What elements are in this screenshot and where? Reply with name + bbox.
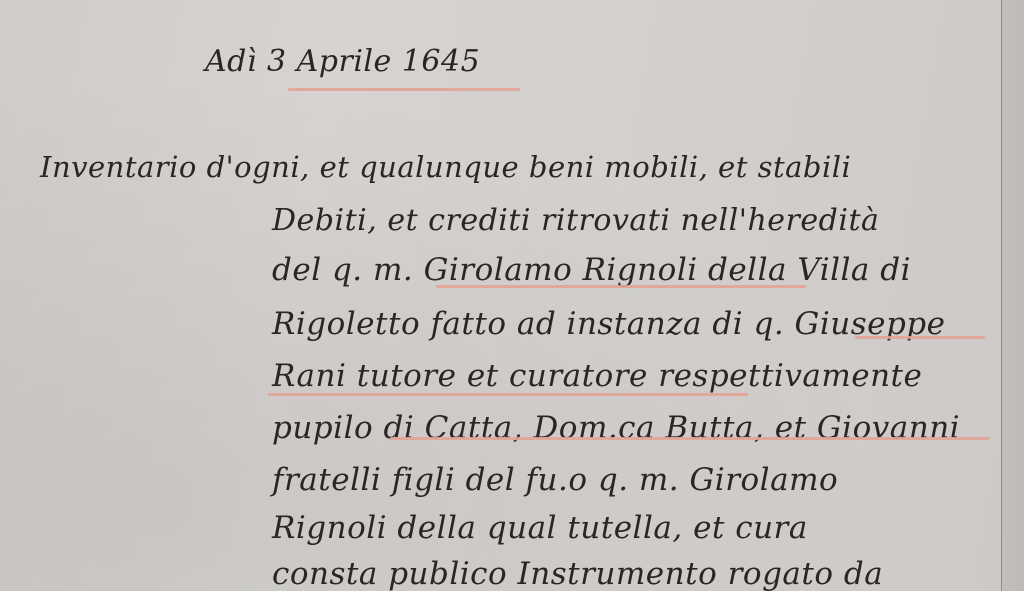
name-underline-4 (390, 437, 990, 440)
text-line-1: Inventario d'ogni, et qualunque beni mob… (40, 150, 851, 184)
text-line-2: Debiti, et crediti ritrovati nell'heredi… (272, 203, 879, 238)
name-underline-1 (436, 285, 806, 288)
text-line-8: Rignoli della qual tutella, et cura (272, 510, 808, 546)
text-line-4: Rigoletto fatto ad instanza di q. Giusep… (272, 306, 945, 342)
text-line-7: fratelli figli del fu.o q. m. Girolamo (272, 462, 838, 498)
page-edge (1001, 0, 1024, 591)
text-line-6: pupilo di Catta, Dom.ca Butta, et Giovan… (272, 410, 960, 446)
text-line-3: del q. m. Girolamo Rignoli della Villa d… (272, 252, 911, 288)
name-underline-2 (855, 336, 985, 339)
name-underline-3 (268, 393, 748, 396)
date-underline (288, 88, 520, 91)
date-heading: Adì 3 Aprile 1645 (205, 44, 480, 79)
text-line-5: Rani tutore et curatore respettivamente (272, 358, 922, 394)
manuscript-page: Adì 3 Aprile 1645 Inventario d'ogni, et … (0, 0, 1024, 591)
text-line-9: consta publico Instrumento rogato da (272, 556, 883, 591)
